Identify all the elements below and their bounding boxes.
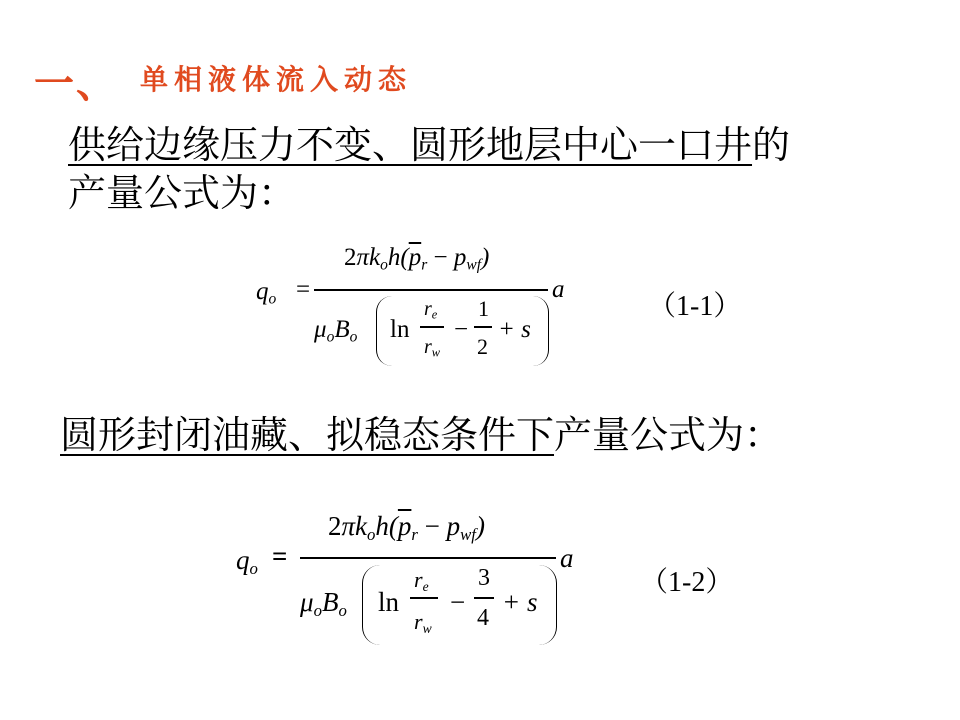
formula2-fraction-bar [300,557,556,559]
section-title: 单相液体流入动态 [140,58,412,98]
formula2-minus: − [450,587,465,618]
formula2-ln: ln [378,587,399,618]
formula1-equals: = [296,276,310,304]
formula1-right-paren [532,296,549,366]
formula2-label: （1-2） [640,560,733,600]
formula1-minus: − [454,316,468,344]
formula2-plus-s: + s [502,587,537,618]
formula1-plus-s: + s [498,316,531,344]
paragraph1-underlined-text: 供给边缘压力不变、圆形地层中心一口井 [68,123,752,167]
paragraph1-line2: 产量公式为： [68,170,296,216]
formula2-rw: rw [414,609,432,637]
formula2-denominator-prefix: μoBo [300,587,347,621]
formula1-lhs: qo [256,278,276,309]
formula1-ratio-bar [420,326,444,328]
formula2-factor: a [560,543,574,574]
formula1-factor: a [552,276,565,304]
formula1-const-numerator: 1 [478,296,489,322]
paragraph2-line: 圆形封闭油藏、拟稳态条件下产量公式为： [60,412,782,458]
formula1-const-denominator: 2 [477,334,488,360]
paragraph1-rest-text: 的 [752,123,790,167]
formula2-numerator: 2πkoh(pr − pwf) [328,511,485,545]
formula2-equals: = [272,541,287,572]
formula1-const-bar [474,326,492,328]
formula2-const-bar [474,597,494,599]
paragraph1-line1: 供给边缘压力不变、圆形地层中心一口井的 [68,122,790,168]
formula1-fraction-bar [314,289,548,291]
formula2-ratio-bar [410,597,438,599]
formula2-const-denominator: 4 [477,605,489,632]
paragraph2-underlined-text: 圆形封闭油藏、拟稳态条件下 [60,413,554,457]
formula2-re: re [414,567,429,595]
formula1-ln: ln [390,316,409,344]
formula-1-2: qo = 2πkoh(pr − pwf) a μoBo ln re rw − 3… [228,505,588,650]
formula1-denominator-prefix: μoBo [314,316,357,347]
formula1-re: re [424,298,437,323]
formula1-label: （1-1） [648,284,741,324]
formula2-right-paren [538,565,557,645]
section-number: 一、 [34,52,118,109]
formula2-lhs: qo [236,545,258,579]
paragraph2-rest-text: 产量公式为： [554,413,782,457]
formula2-const-numerator: 3 [478,565,490,592]
formula1-rw: rw [424,336,440,361]
formula1-numerator: 2πkoh(pr − pwf) [344,244,489,275]
formula-1-1: qo = 2πkoh(pr − pwf) a μoBo ln re rw − 1… [240,240,580,370]
